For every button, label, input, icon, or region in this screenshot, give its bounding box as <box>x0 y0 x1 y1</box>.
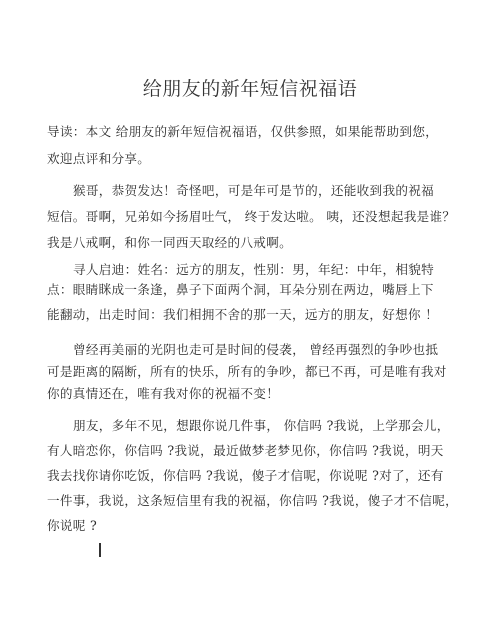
paragraph-2-line-2: 点：眼睛眯成一条逢，鼻子下面两个洞，耳朵分别在两边，嘴唇上下 <box>47 282 434 298</box>
paragraph-4-line-2: 有人暗恋你，你信吗 ?我说，最近做梦老梦见你，你信吗 ?我说，明天 <box>47 443 444 459</box>
intro-line-2: 欢迎点评和分享。 <box>47 151 150 167</box>
intro-line-1: 导读：本文 给朋友的新年短信祝福语，仅供参照，如果能帮助到您， <box>47 124 438 140</box>
paragraph-2-line-1: 寻人启迪：姓名：远方的朋友，性别：男，年纪：中年，相貌特 <box>73 262 434 278</box>
document-page: 给朋友的新年短信祝福语 导读：本文 给朋友的新年短信祝福语，仅供参照，如果能帮助… <box>0 0 500 636</box>
paragraph-4-line-5: 你说呢 ? <box>47 518 97 534</box>
paragraph-2-line-3: 能翻动，出走时间：我们相拥不舍的那一天，远方的朋友，好想你 ！ <box>47 307 438 323</box>
paragraph-1-line-1: 猴哥，恭贺发达！奇怪吧，可是年可是节的，还能收到我的祝福 <box>73 183 434 199</box>
paragraph-3-line-1: 曾经再美丽的光阴也走可是时间的侵袭， 曾经再强烈的争吵也抵 <box>73 342 438 358</box>
document-title: 给朋友的新年短信祝福语 <box>0 74 500 101</box>
paragraph-3-line-2: 可是距离的隔断，所有的快乐，所有的争吵，都已不再，可是唯有我对 <box>47 364 447 380</box>
paragraph-4-line-1: 朋友，多年不见，想跟你说几件事， 你信吗 ?我说，上学那会儿， <box>73 418 450 434</box>
paragraph-1-line-3: 我是八戒啊，和你一同西天取经的八戒啊。 <box>47 235 292 251</box>
paragraph-1-line-2: 短信。哥啊，兄弟如今扬眉吐气， 终于发达啦。 咦，还没想起我是谁？ <box>47 209 455 225</box>
text-cursor-caret[interactable] <box>99 543 101 557</box>
paragraph-3-line-3: 你的真情还在，唯有我对你的祝福不变！ <box>47 386 279 402</box>
paragraph-4-line-4: 一件事，我说，这条短信里有我的祝福，你信吗 ?我说，傻子才不信呢， <box>47 493 458 509</box>
paragraph-4-line-3: 我去找你请你吃饭，你信吗 ?我说，傻子才信呢，你说呢 ?对了，还有 <box>47 468 444 484</box>
